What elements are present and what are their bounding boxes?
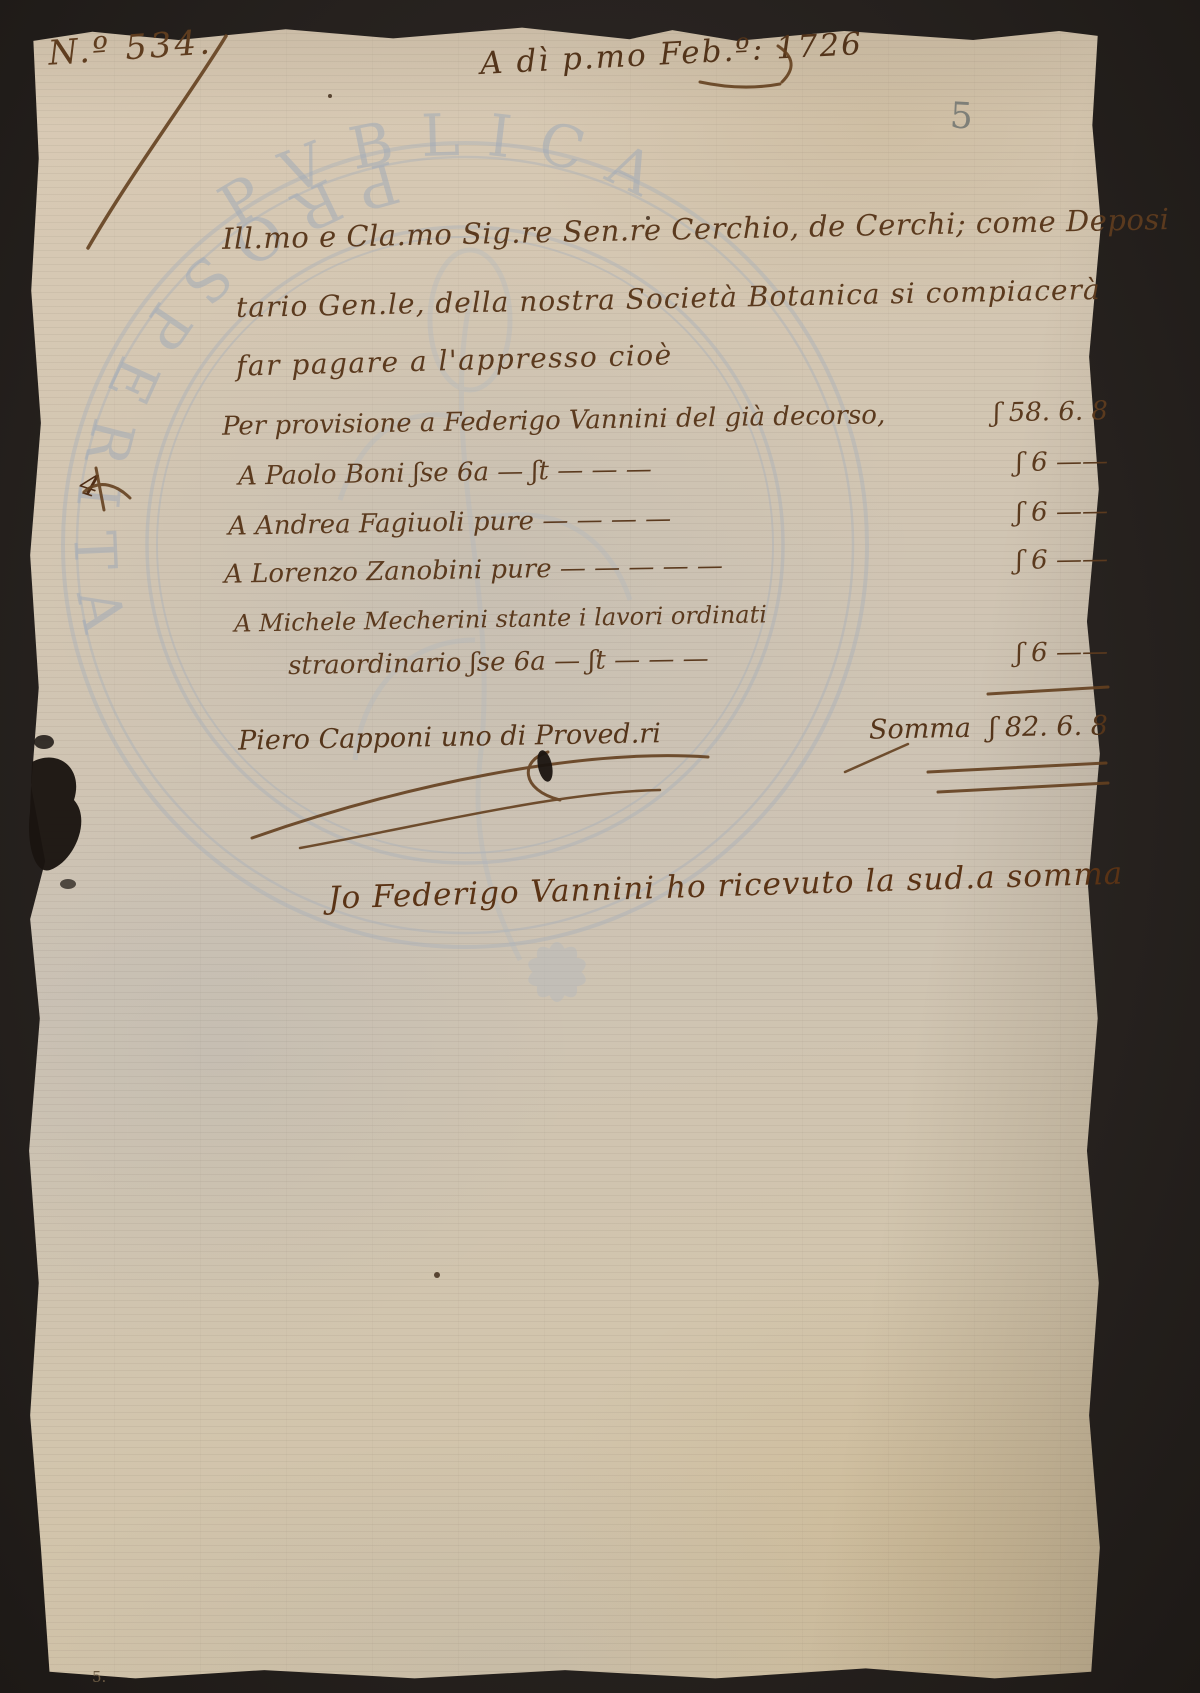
corner-mark: 5. (92, 1668, 106, 1686)
somma-label: Somma (869, 713, 972, 746)
somma-amount: ʃ 82. 6. 8 (989, 710, 1108, 743)
total-group: Somma ʃ 82. 6. 8 (869, 710, 1109, 745)
entry-amount: ʃ 6 —— (1004, 496, 1109, 528)
manuscript-page (28, 26, 1102, 1680)
entry-amount: ʃ 6 —— (1004, 637, 1109, 669)
entry-amount: ʃ 6 —— (1004, 446, 1109, 478)
scan-backdrop: PVBLICA PROSPERITA N.º 534. A dì p.mo Fe… (0, 0, 1200, 1693)
page-number-pencil: 5 (949, 95, 974, 137)
entry-amount: ʃ 58. 6. 8 (981, 396, 1108, 428)
entry-amount: ʃ 6 —— (1004, 544, 1109, 576)
laid-paper-texture (28, 26, 1102, 1680)
paper-shading (28, 26, 1102, 1680)
